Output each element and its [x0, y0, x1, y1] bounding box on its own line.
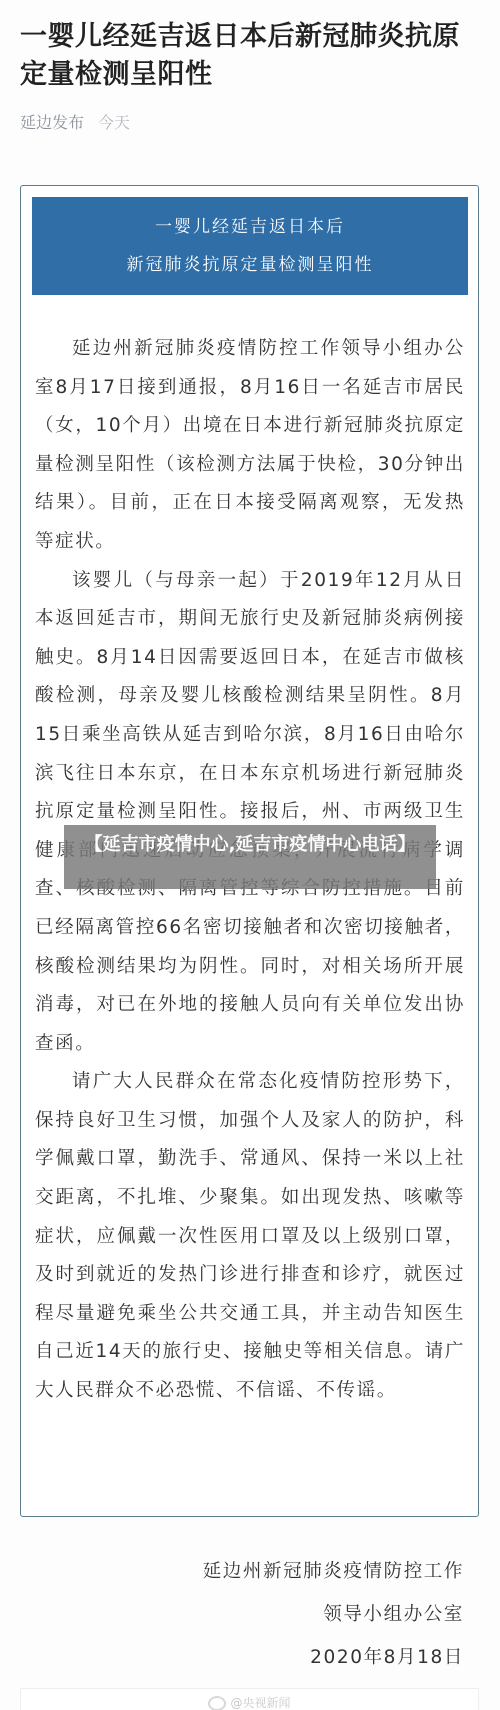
paragraph-3: 请广大人民群众在常态化疫情防控形势下，保持良好卫生习惯，加强个人及家人的防护，科… [35, 1063, 465, 1410]
signature-date: 2020年8月18日 [203, 1636, 464, 1679]
weibo-icon [208, 1696, 226, 1710]
article-title: 一婴儿经延吉返日本后新冠肺炎抗原定量检测呈阳性 [20, 18, 480, 94]
banner-line-1: 一婴儿经延吉返日本后 [32, 208, 468, 246]
source-link[interactable]: 延边发布 [20, 113, 84, 132]
signature-block: 延边州新冠肺炎疫情防控工作 领导小组办公室 2020年8月18日 [203, 1550, 464, 1679]
caption-overlay: 【延吉市疫情中心,延吉市疫情中心电话】 [64, 825, 436, 889]
watermark-text: @央视新闻 [230, 1696, 290, 1710]
banner-line-2: 新冠肺炎抗原定量检测呈阳性 [32, 246, 468, 284]
paragraph-2: 该婴儿（与母亲一起）于2019年12月从日本返回延吉市，期间无旅行史及新冠肺炎病… [35, 562, 465, 1064]
publish-date: 今天 [98, 113, 130, 132]
notice-banner: 一婴儿经延吉返日本后 新冠肺炎抗原定量检测呈阳性 [32, 197, 468, 295]
watermark-bar: @央视新闻 [20, 1688, 479, 1710]
signature-office: 领导小组办公室 [203, 1593, 464, 1636]
signature-org: 延边州新冠肺炎疫情防控工作 [203, 1550, 464, 1593]
article-meta: 延边发布今天 [20, 110, 130, 133]
paragraph-1: 延边州新冠肺炎疫情防控工作领导小组办公室8月17日接到通报，8月16日一名延吉市… [35, 330, 465, 562]
